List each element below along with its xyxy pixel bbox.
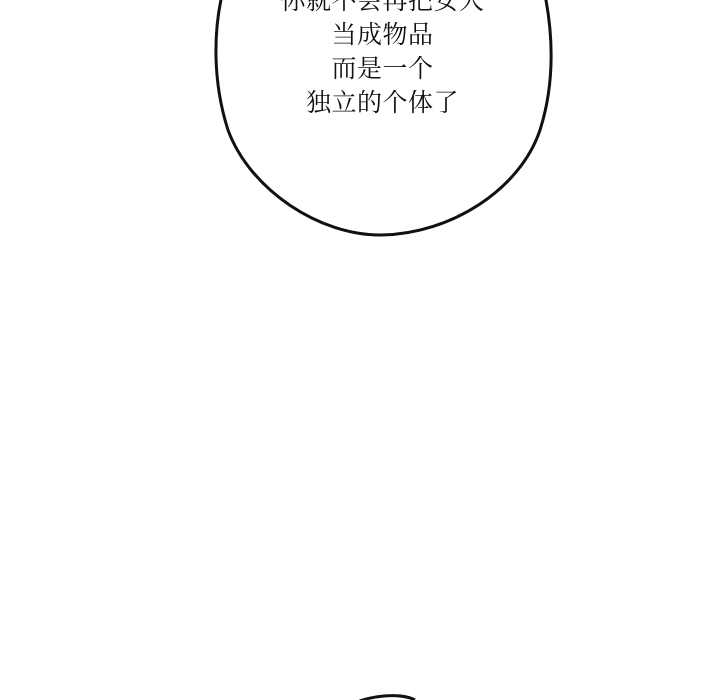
- dialogue-line: 独立的个体了: [215, 86, 550, 120]
- dialogue-line: 而是一个: [215, 52, 550, 86]
- speech-bubble-main-text: 你就不会再把女人 当成物品 而是一个 独立的个体了: [215, 0, 550, 120]
- dialogue-line: 你就不会再把女人: [215, 0, 550, 18]
- comic-panel: 你就不会再把女人 当成物品 而是一个 独立的个体了: [0, 0, 720, 700]
- dialogue-line: 当成物品: [215, 18, 550, 52]
- speech-bubble-next-outline: [352, 696, 415, 700]
